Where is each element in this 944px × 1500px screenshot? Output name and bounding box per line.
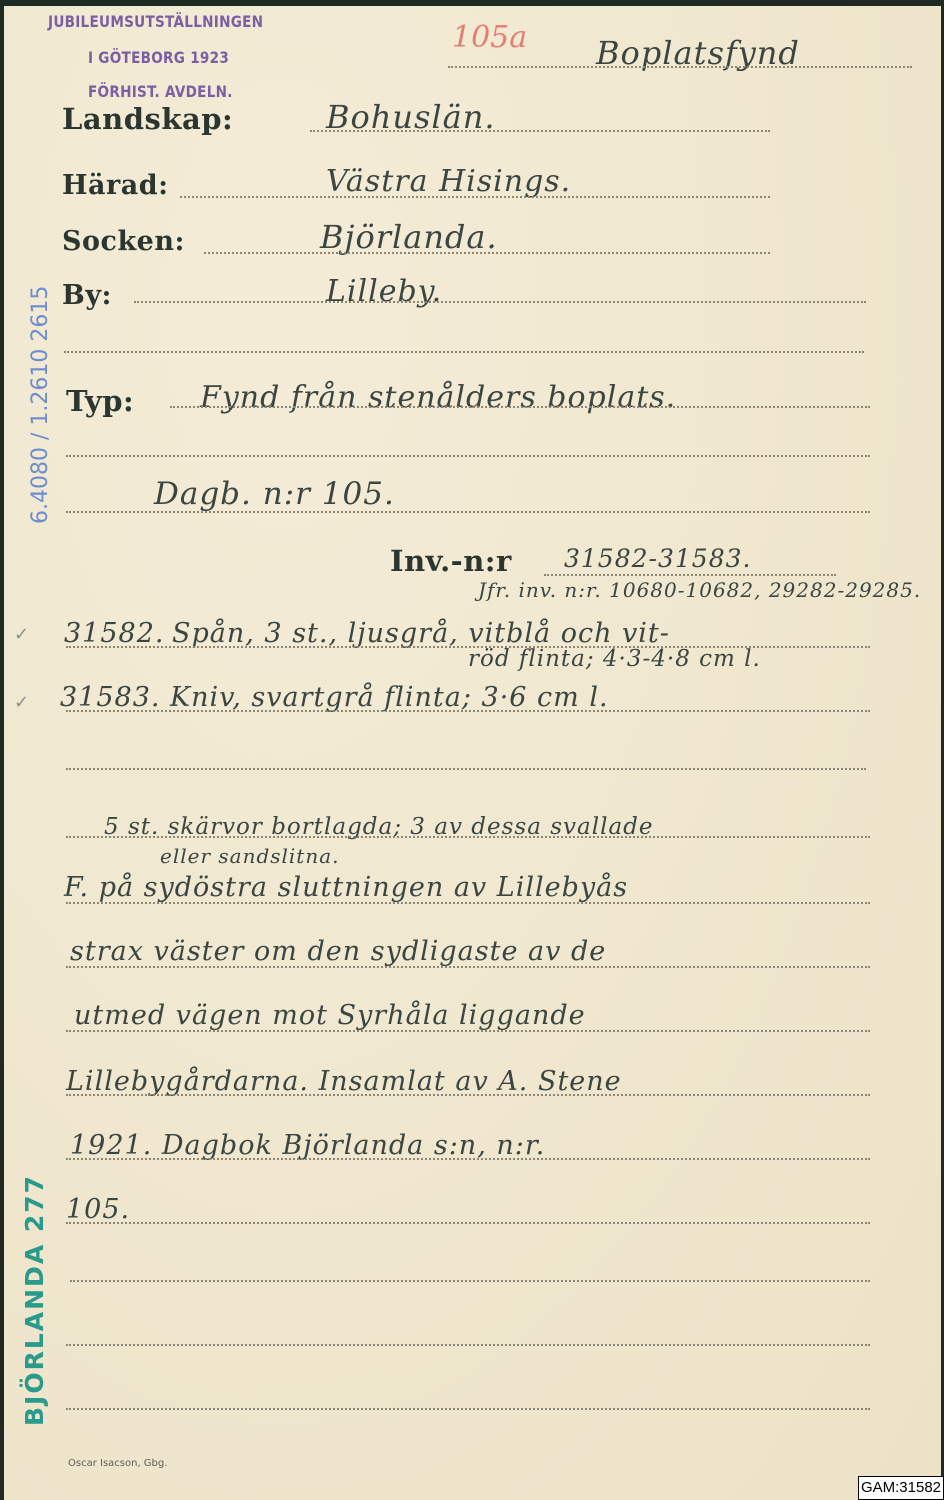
discard-note-continued: eller sandslitna. bbox=[160, 844, 340, 868]
inventory-label: Inv.-n:r bbox=[390, 544, 512, 578]
find-note-line: 1921. Dagbok Björlanda s:n, n:r. bbox=[70, 1130, 545, 1161]
socken-label: Socken: bbox=[62, 226, 185, 257]
item-description: Spån, 3 st., ljusgrå, vitblå och vit- bbox=[172, 618, 670, 649]
dotted-rule bbox=[66, 768, 866, 770]
find-note-line: 105. bbox=[66, 1194, 130, 1225]
socken-value: Björlanda. bbox=[320, 218, 498, 256]
cross-reference: Jfr. inv. n:r. 10680-10682, 29282-29285. bbox=[478, 578, 921, 602]
inventory-range: 31582-31583. bbox=[564, 544, 751, 573]
dotted-rule bbox=[66, 1408, 870, 1410]
item-description-continued: röd flinta; 4·3-4·8 cm l. bbox=[468, 646, 761, 672]
dotted-rule bbox=[66, 1344, 870, 1346]
dagbok-reference: Dagb. n:r 105. bbox=[154, 476, 395, 512]
landskap-label: Landskap: bbox=[62, 102, 233, 136]
dotted-rule bbox=[66, 836, 870, 838]
dotted-rule bbox=[134, 301, 866, 303]
dotted-rule bbox=[66, 1030, 870, 1032]
exhibition-stamp-line-2: I GÖTEBORG 1923 bbox=[88, 48, 229, 67]
find-note-line: Lillebygårdarna. Insamlat av A. Stene bbox=[66, 1066, 622, 1097]
dotted-rule bbox=[310, 130, 770, 132]
by-label: By: bbox=[62, 280, 112, 311]
dotted-rule bbox=[170, 406, 870, 408]
dotted-rule bbox=[64, 351, 864, 353]
find-note-line: F. på sydöstra sluttningen av Lillebyås bbox=[64, 872, 628, 903]
dotted-rule bbox=[66, 902, 870, 904]
dotted-rule bbox=[66, 455, 870, 457]
parish-side-stamp: BJÖRLANDA 277 bbox=[20, 1174, 49, 1426]
dotted-rule bbox=[66, 1158, 870, 1160]
checkmark-icon: ✓ bbox=[14, 692, 29, 713]
dotted-rule bbox=[66, 710, 870, 712]
harad-label: Härad: bbox=[62, 170, 169, 201]
find-note-line: strax väster om den sydligaste av de bbox=[70, 936, 606, 967]
typ-value: Fynd från stenålders boplats. bbox=[200, 380, 676, 415]
archive-id-label: GAM:31582 bbox=[858, 1476, 944, 1500]
printer-imprint: Oscar Isacson, Gbg. bbox=[68, 1458, 167, 1469]
exhibition-stamp-line-3: FÖRHIST. AVDELN. bbox=[88, 82, 233, 101]
by-value: Lilleby. bbox=[326, 274, 442, 309]
checkmark-icon: ✓ bbox=[14, 624, 29, 645]
item-number: 31583. bbox=[60, 682, 160, 713]
dotted-rule bbox=[180, 196, 770, 198]
item-number: 31582. bbox=[64, 618, 164, 649]
blue-pencil-note: 6.4080 / 1.2610 2615 bbox=[28, 286, 53, 524]
dotted-rule bbox=[66, 511, 870, 513]
red-catalog-number: 105a bbox=[452, 20, 527, 55]
exhibition-stamp-line-1: JUBILEUMSUTSTÄLLNINGEN bbox=[48, 12, 263, 31]
dotted-rule bbox=[66, 1222, 870, 1224]
item-description: Kniv, svartgrå flinta; 3·6 cm l. bbox=[170, 682, 609, 713]
harad-value: Västra Hisings. bbox=[326, 164, 571, 199]
dotted-rule bbox=[70, 1280, 870, 1282]
dotted-rule bbox=[448, 66, 912, 68]
dotted-rule bbox=[66, 966, 870, 968]
dotted-rule bbox=[66, 1094, 870, 1096]
typ-label: Typ: bbox=[66, 384, 134, 418]
find-note-line: utmed vägen mot Syrhåla liggande bbox=[74, 1000, 586, 1031]
dotted-rule bbox=[544, 574, 836, 576]
catalog-card: JUBILEUMSUTSTÄLLNINGEN I GÖTEBORG 1923 F… bbox=[4, 6, 941, 1500]
dotted-rule bbox=[204, 252, 770, 254]
